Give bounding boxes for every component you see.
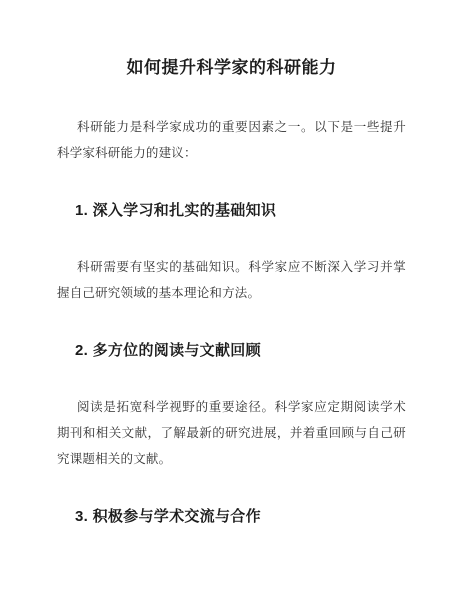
section-1-paragraph: 科研需要有坚实的基础知识。科学家应不断深入学习并掌握自己研究领域的基本理论和方法… (57, 254, 406, 306)
page-title: 如何提升科学家的科研能力 (57, 56, 406, 80)
section-2-paragraph: 阅读是拓宽科学视野的重要途径。科学家应定期阅读学术期刊和相关文献，了解最新的研究… (57, 394, 406, 472)
section-2: 2. 多方位的阅读与文献回顾 阅读是拓宽科学视野的重要途径。科学家应定期阅读学术… (57, 340, 406, 472)
section-1-heading: 1. 深入学习和扎实的基础知识 (57, 200, 406, 222)
intro-paragraph: 科研能力是科学家成功的重要因素之一。以下是一些提升科学家科研能力的建议： (57, 114, 406, 166)
document-page: 如何提升科学家的科研能力 科研能力是科学家成功的重要因素之一。以下是一些提升科学… (0, 0, 463, 600)
section-3: 3. 积极参与学术交流与合作 (57, 506, 406, 528)
section-1: 1. 深入学习和扎实的基础知识 科研需要有坚实的基础知识。科学家应不断深入学习并… (57, 200, 406, 306)
section-2-heading: 2. 多方位的阅读与文献回顾 (57, 340, 406, 362)
section-3-heading: 3. 积极参与学术交流与合作 (57, 506, 406, 528)
